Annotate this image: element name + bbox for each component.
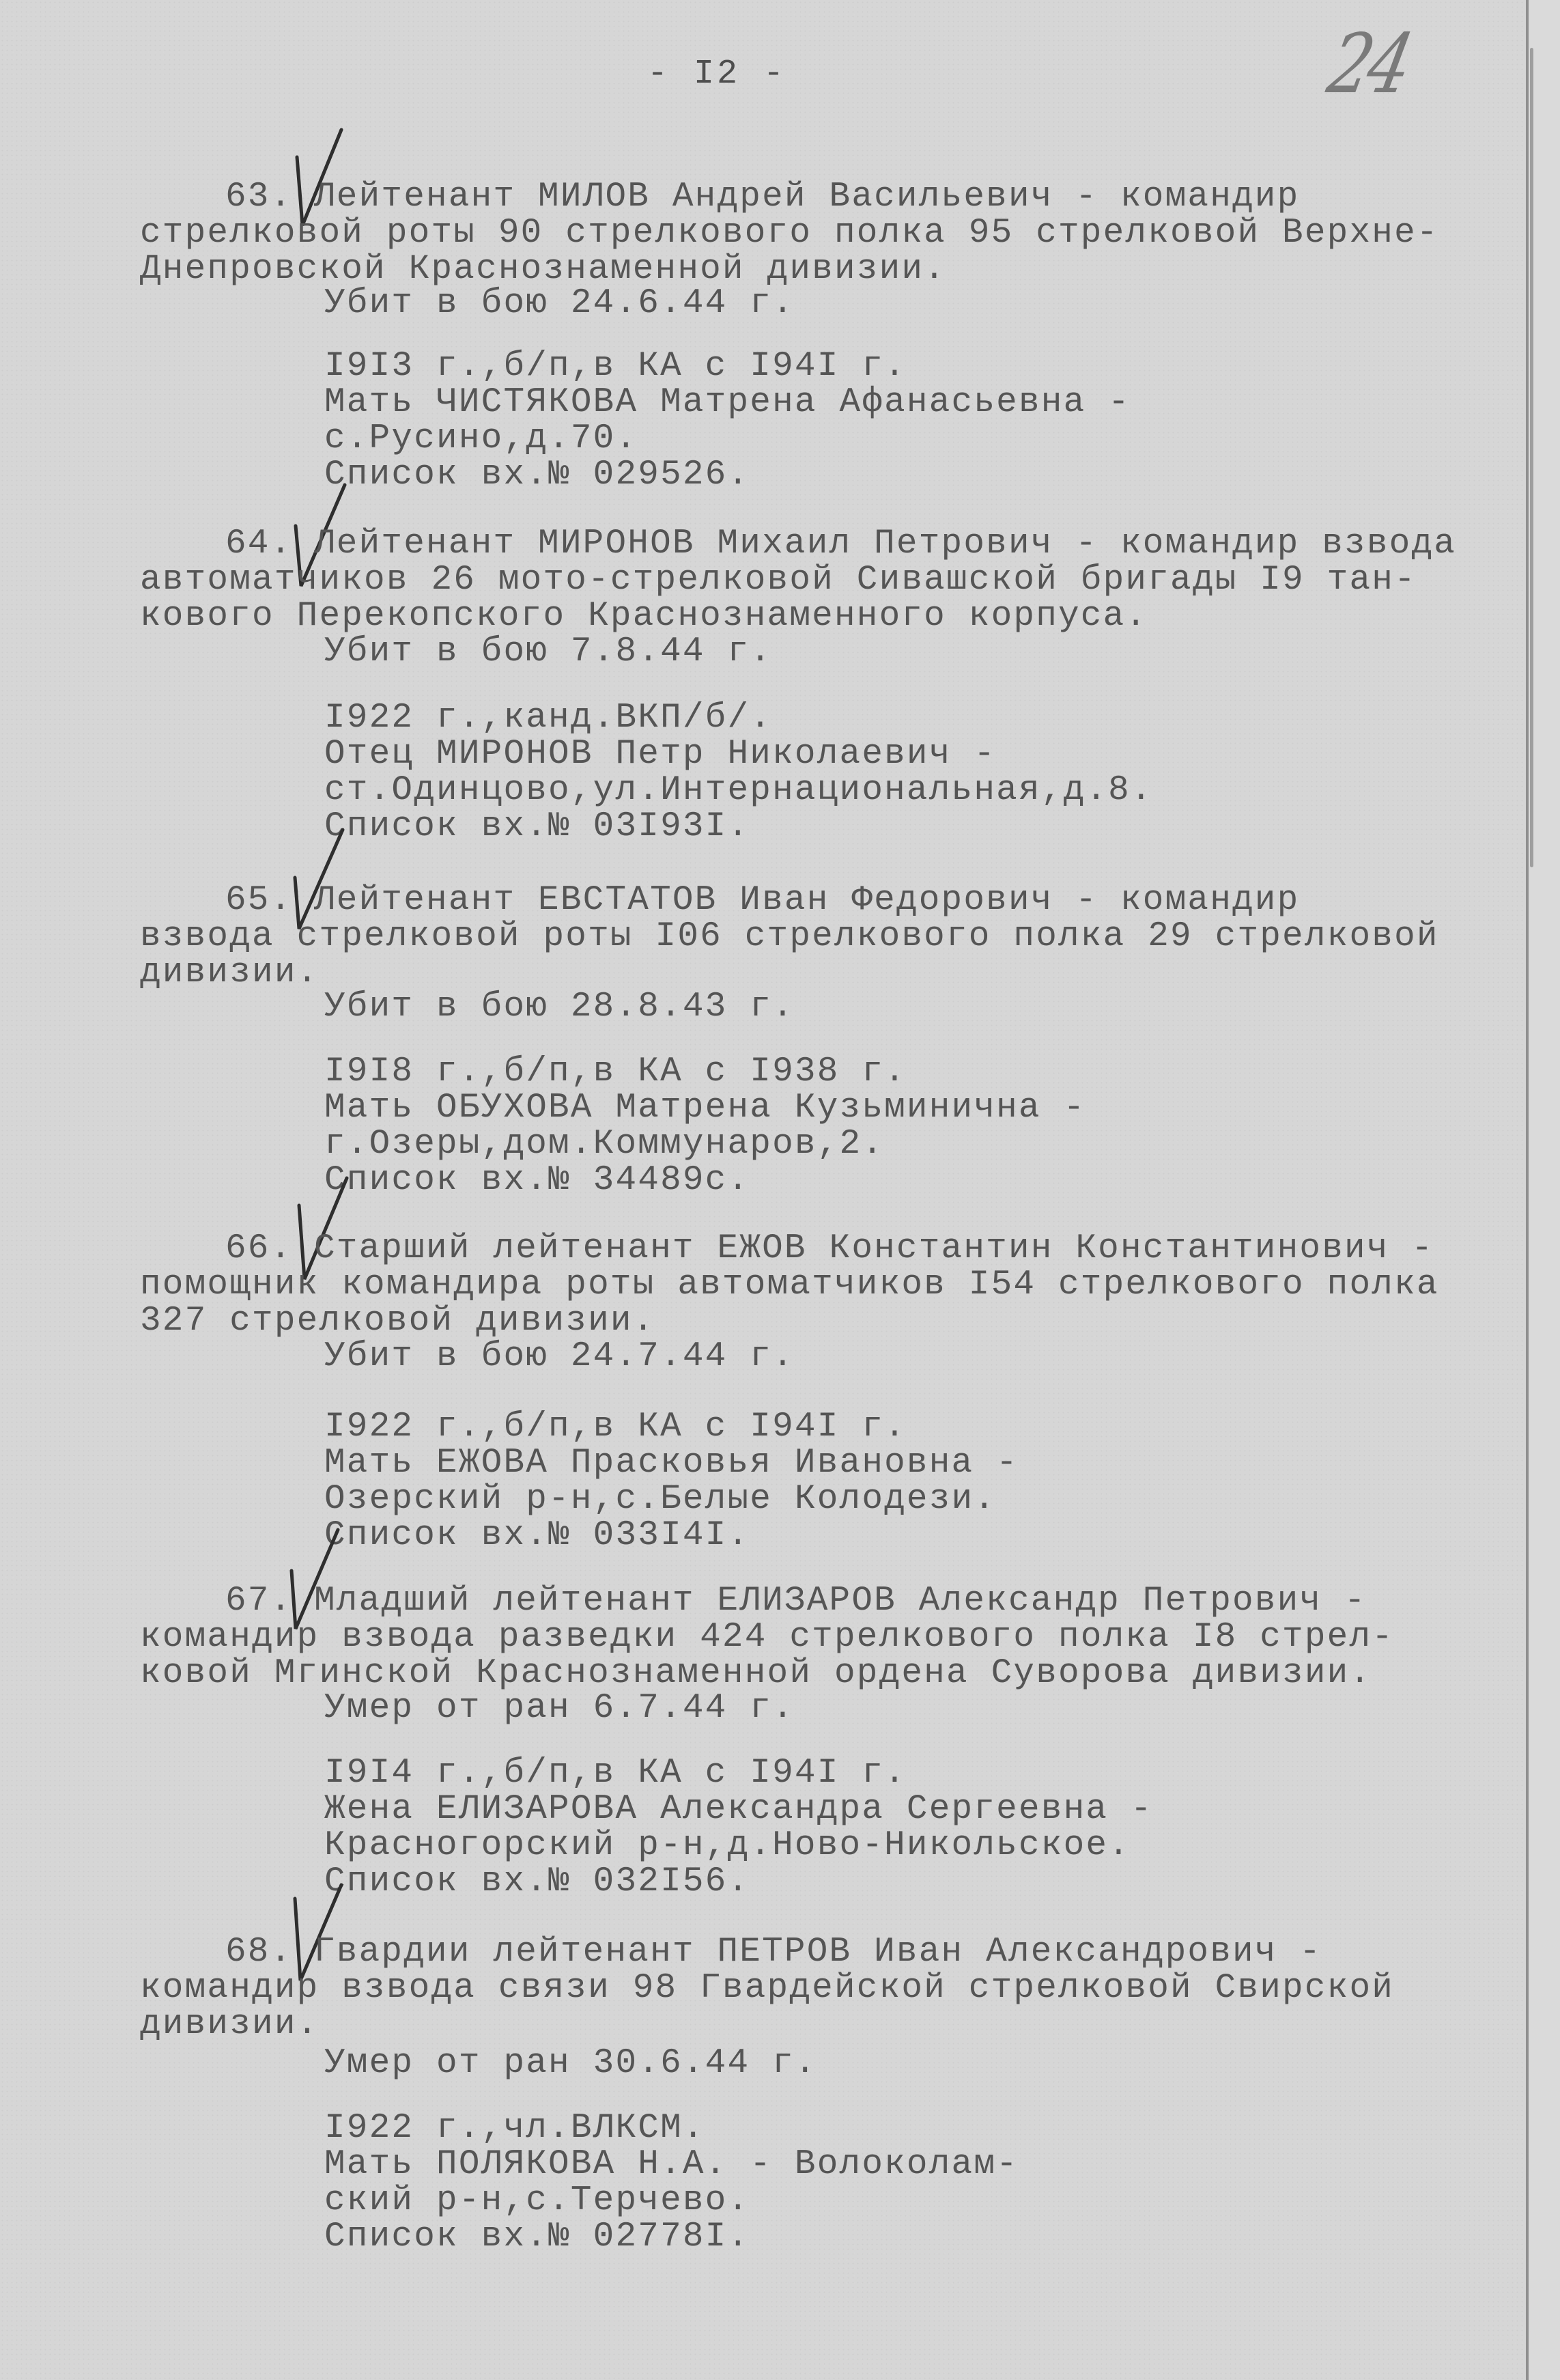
entry-line: командир взвода связи 98 Гвардейской стр… (140, 1970, 1394, 2007)
entry-detail: I922 г.,канд.ВКП/б/. (324, 700, 772, 737)
entry-number: 63. (225, 179, 292, 216)
entry-line: 327 стрелковой дивизии. (140, 1303, 655, 1340)
entry-detail: I922 г.,чл.ВЛКСМ. (324, 2110, 705, 2147)
page-edge-shadow (1530, 48, 1533, 867)
entry-detail: I922 г.,б/п,в КА с I94I г. (324, 1409, 907, 1446)
entry-fate: Убит в бою 24.7.44 г. (324, 1339, 795, 1375)
entry-line: командир взвода разведки 424 стрелкового… (140, 1619, 1394, 1656)
entry-detail: I9I4 г.,б/п,в КА с I94I г. (324, 1755, 907, 1792)
entry-detail: Озерский р-н,с.Белые Колодези. (324, 1481, 996, 1518)
entry-line: дивизии. (140, 955, 319, 992)
entry-fate: Убит в бою 28.8.43 г. (324, 989, 795, 1026)
entry-line: стрелковой роты 90 стрелкового полка 95 … (140, 215, 1439, 252)
entry-line: помощник командира роты автоматчиков I54… (140, 1267, 1439, 1304)
entry-detail: Мать ЧИСТЯКОВА Матрена Афанасьевна - (324, 384, 1131, 421)
entry-detail: I9I3 г.,б/п,в КА с I94I г. (324, 348, 907, 385)
entry-detail: I9I8 г.,б/п,в КА с I938 г. (324, 1054, 907, 1091)
entry-fate: Умер от ран 6.7.44 г. (324, 1690, 795, 1727)
entry-fate: Убит в бою 24.6.44 г. (324, 285, 795, 322)
entry-number: 65. (225, 882, 292, 919)
entry-line: дивизии. (140, 2006, 319, 2043)
entry-line: Младший лейтенант ЕЛИЗАРОВ Александр Пет… (314, 1583, 1367, 1620)
entry-detail: Список вх.№ 34489с. (324, 1162, 750, 1199)
entry-detail: Список вх.№ 03I93I. (324, 809, 750, 845)
page-number: - I2 - (478, 55, 956, 94)
entry-line: автоматчиков 26 мото-стрелковой Сивашско… (140, 562, 1417, 599)
entry-detail: Жена ЕЛИЗАРОВА Александра Сергеевна - (324, 1791, 1153, 1828)
entry-detail: Список вх.№ 029526. (324, 457, 750, 494)
entry-detail: ст.Одинцово,ул.Интернациональная,д.8. (324, 772, 1153, 809)
entry-detail: Красногорский р-н,д.Ново-Никольское. (324, 1828, 1131, 1864)
entry-number: 67. (225, 1583, 292, 1620)
entry-fate: Убит в бою 7.8.44 г. (324, 634, 772, 671)
entry-line: Старший лейтенант ЕЖОВ Константин Конста… (314, 1231, 1434, 1268)
entry-detail: Список вх.№ 032I56. (324, 1864, 750, 1901)
entry-detail: Мать ОБУХОВА Матрена Кузьминична - (324, 1090, 1086, 1127)
entry-line: взвода стрелковой роты I06 стрелкового п… (140, 919, 1439, 955)
entry-line: Гвардии лейтенант ПЕТРОВ Иван Александро… (314, 1934, 1322, 1971)
entry-number: 64. (225, 526, 292, 563)
entry-number: 68. (225, 1934, 292, 1971)
entry-line: ковой Мгинской Краснознаменной ордена Су… (140, 1655, 1372, 1692)
entry-line: Лейтенант ЕВСТАТОВ Иван Федорович - кома… (314, 882, 1299, 919)
entry-detail: Список вх.№ 02778I. (324, 2219, 750, 2256)
entry-detail: с.Русино,д.70. (324, 421, 638, 458)
entry-number: 66. (225, 1231, 292, 1268)
entry-line: Лейтенант МИЛОВ Андрей Васильевич - кома… (314, 179, 1299, 216)
entry-detail: Мать ПОЛЯКОВА Н.А. - Волоколам- (324, 2146, 1019, 2183)
entry-line: кового Перекопского Краснознаменного кор… (140, 598, 1148, 635)
entry-fate: Умер от ран 30.6.44 г. (324, 2045, 817, 2082)
entry-detail: г.Озеры,дом.Коммунаров,2. (324, 1126, 884, 1163)
entry-line: Лейтенант МИРОНОВ Михаил Петрович - кома… (314, 526, 1456, 563)
page-edge (1526, 0, 1529, 2380)
entry-detail: ский р-н,с.Терчево. (324, 2183, 750, 2220)
entry-detail: Список вх.№ 033I4I. (324, 1517, 750, 1554)
entry-line: Днепровской Краснознаменной дивизии. (140, 251, 946, 288)
entry-detail: Отец МИРОНОВ Петр Николаевич - (324, 736, 996, 773)
entry-detail: Мать ЕЖОВА Прасковья Ивановна - (324, 1445, 1019, 1482)
